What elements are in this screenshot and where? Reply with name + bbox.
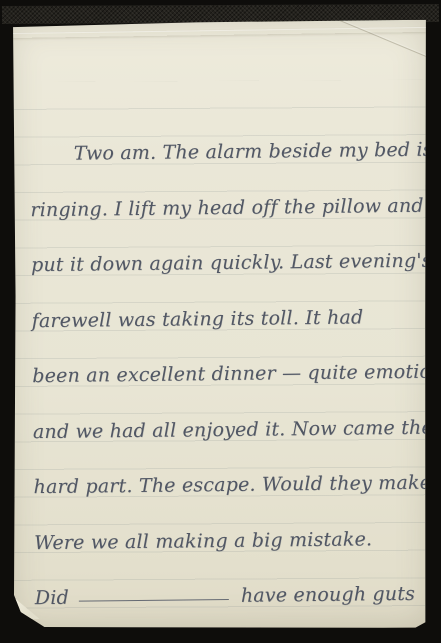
handwritten-line-with-blank: Didhave enough guts	[35, 567, 428, 627]
blank-underline	[79, 598, 229, 602]
handwritten-words-after-blank: have enough guts	[241, 583, 415, 607]
handwritten-line: farewell was taking its toll. It had	[31, 289, 424, 349]
handwritten-text: Two am. The alarm beside my bed is ringi…	[29, 123, 427, 627]
notepad-page: Two am. The alarm beside my bed is ringi…	[7, 20, 431, 631]
handwritten-line: hard part. The escape. Would they make i…	[33, 456, 426, 516]
handwritten-line: been an excellent dinner — quite emotion…	[32, 345, 425, 405]
handwritten-word-before-blank: Did	[35, 587, 69, 609]
photograph-background: Two am. The alarm beside my bed is ringi…	[0, 0, 441, 643]
handwritten-line: Were we all making a big mistake.	[34, 511, 427, 571]
handwritten-line: put it down again quickly. Last evening'…	[31, 234, 424, 294]
handwritten-line: Two am. The alarm beside my bed is	[29, 123, 422, 183]
handwritten-line: ringing. I lift my head off the pillow a…	[30, 178, 423, 238]
handwritten-line: and we had all enjoyed it. Now came the	[33, 400, 426, 460]
